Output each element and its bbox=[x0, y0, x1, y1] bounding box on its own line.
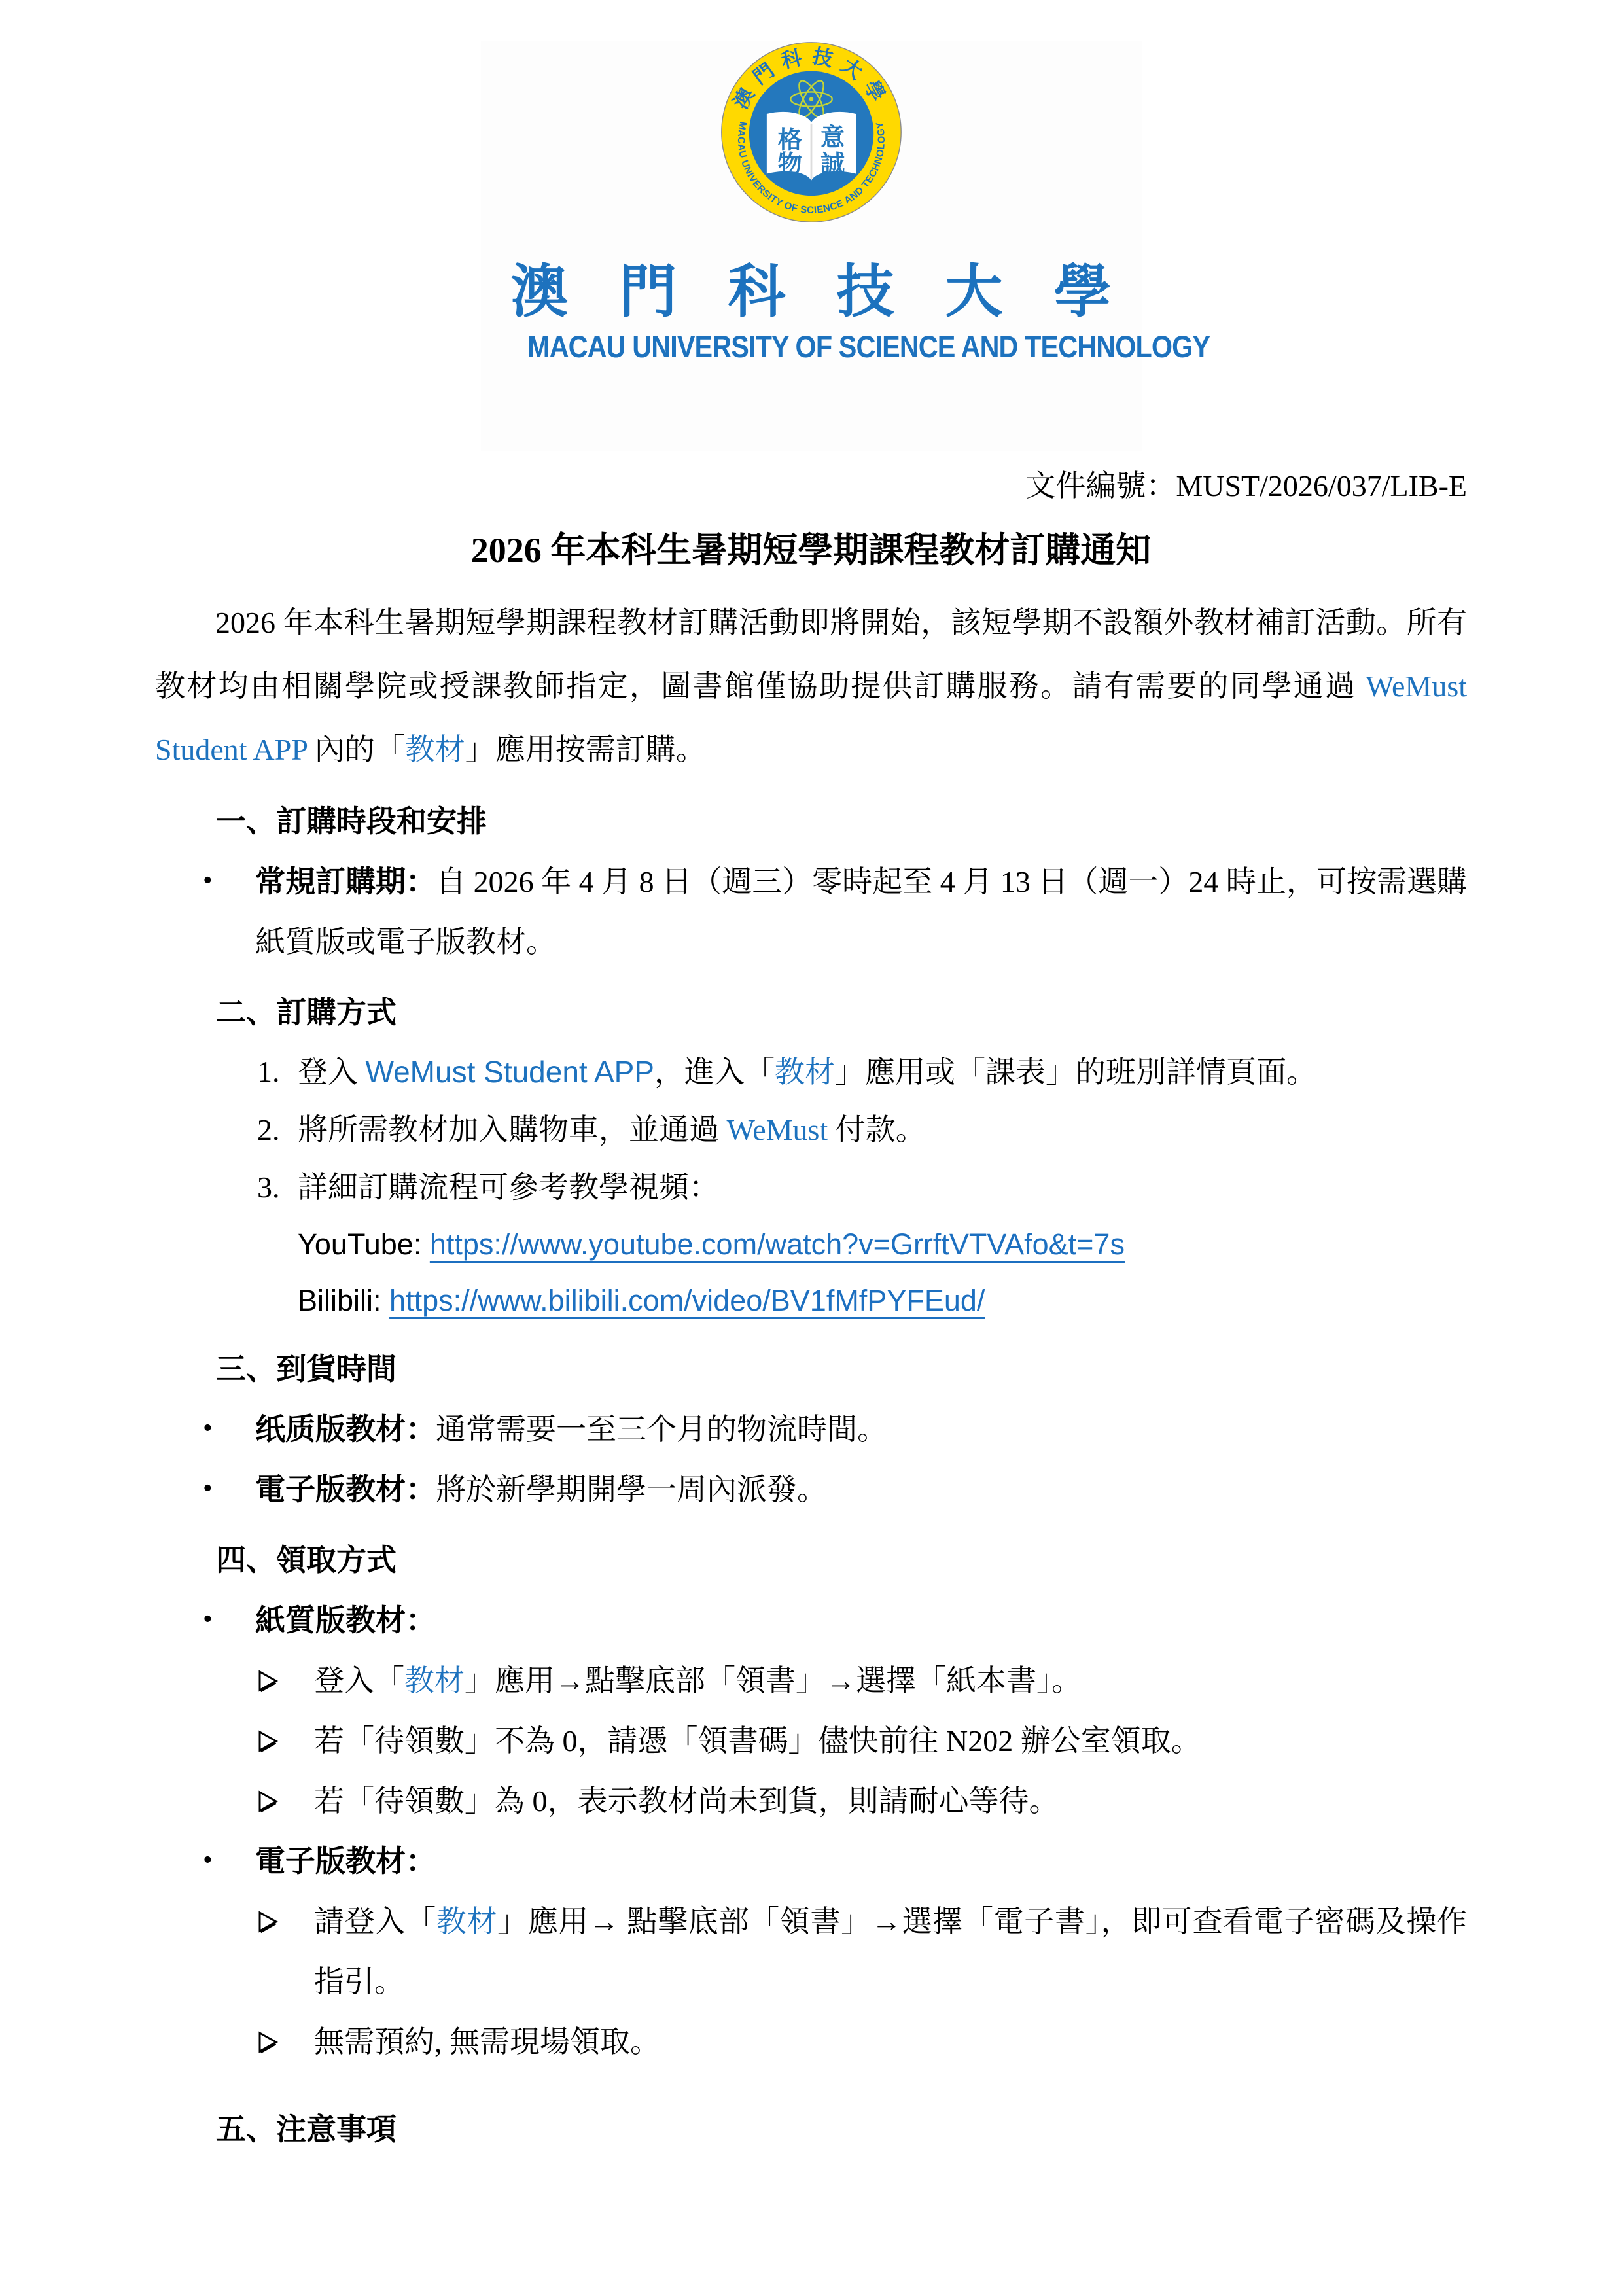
section-1-heading: 一、訂購時段和安排 bbox=[155, 792, 1467, 852]
text-run: 若「待領數」不為 0，請憑「領書碼」儘快前往 N202 辦公室領取。 bbox=[314, 1724, 1201, 1757]
section-5-heading: 五、注意事項 bbox=[155, 2100, 1467, 2160]
arrow-bullet-icon bbox=[257, 1909, 279, 1935]
paper-pickup-step-1-text: 登入「教材」應用→點擊底部「領書」→選擇「紙本書」。 bbox=[314, 1664, 1082, 1697]
regular-order-period-item: •常規訂購期：自 2026 年 4 月 8 日（週三）零時起至 4 月 13 日… bbox=[155, 852, 1467, 972]
text-run: 無需預約, 無需現場領取。 bbox=[314, 2025, 660, 2058]
bullet-icon: • bbox=[203, 1589, 213, 1650]
arrow-bullet-icon bbox=[257, 1788, 279, 1814]
bilibili-link[interactable]: https://www.bilibili.com/video/BV1fMfPYF… bbox=[389, 1284, 985, 1317]
text-run: WeMust bbox=[727, 1113, 828, 1146]
paper-pickup-step-3-text: 若「待領數」為 0，表示教材尚未到貨，則請耐心等待。 bbox=[314, 1784, 1059, 1818]
arrow-bullet-icon bbox=[257, 1668, 279, 1694]
seal-book-char: 物 bbox=[777, 151, 802, 179]
paper-pickup-step-2: 若「待領數」不為 0，請憑「領書碼」儘快前往 N202 辦公室領取。 bbox=[155, 1711, 1467, 1771]
arrow-bullet-icon bbox=[257, 1728, 279, 1754]
text-run: 詳細訂購流程可參考教學視頻： bbox=[298, 1171, 719, 1204]
order-step-2: 2.將所需教材加入購物車，並通過 WeMust 付款。 bbox=[155, 1101, 1467, 1159]
university-name-chinese: 澳 門 科 技 大 學 bbox=[481, 246, 1142, 328]
ebook-arrival-item: •電子版教材：將於新學期開學一周內派發。 bbox=[155, 1460, 1467, 1520]
section-2-heading: 二、訂購方式 bbox=[155, 983, 1467, 1043]
text-run: 」應用→點擊底部「領書」→選擇「紙本書」。 bbox=[465, 1664, 1082, 1697]
text-run: 教材 bbox=[436, 1905, 497, 1938]
order-step-3: 3.詳細訂購流程可參考教學視頻： bbox=[155, 1159, 1467, 1216]
order-step-2-text: 將所需教材加入購物車，並通過 WeMust 付款。 bbox=[298, 1113, 926, 1146]
text-run: 將於新學期開學一周內派發。 bbox=[436, 1473, 827, 1506]
list-number: 3. bbox=[257, 1159, 280, 1216]
bullet-icon: • bbox=[203, 1830, 213, 1890]
text-run: 一、訂購時段和安排 bbox=[216, 805, 487, 838]
ebook-pickup-step-2: 無需預約, 無需現場領取。 bbox=[155, 2012, 1467, 2072]
bilibili-link-line: Bilibili: https://www.bilibili.com/video… bbox=[155, 1273, 1467, 1329]
text-run: 常規訂購期： bbox=[255, 865, 436, 898]
arrow-bullet-icon bbox=[257, 2029, 279, 2055]
text-run: 登入「 bbox=[314, 1664, 404, 1697]
text-run: 自 2026 年 4 月 8 日（週三）零時起至 4 月 13 日（週一）24 … bbox=[255, 865, 1467, 959]
order-step-1-text: 登入 WeMust Student APP，進入「教材」應用或「課表」的班別詳情… bbox=[298, 1055, 1316, 1089]
text-run: 教材 bbox=[775, 1055, 835, 1089]
text-run: 四、領取方式 bbox=[216, 1544, 397, 1577]
text-run: 登入 bbox=[298, 1055, 366, 1089]
paper-pickup-step-3: 若「待領數」為 0，表示教材尚未到貨，則請耐心等待。 bbox=[155, 1771, 1467, 1831]
seal-book-char: 格 bbox=[777, 126, 802, 154]
bullet-icon: • bbox=[203, 851, 213, 911]
text-run: 三、到貨時間 bbox=[216, 1352, 397, 1386]
document-title: 2026 年本科生暑期短學期課程教材訂購通知 bbox=[0, 522, 1622, 573]
paper-pickup-item-text: 紙質版教材： bbox=[255, 1604, 436, 1637]
bullet-icon: • bbox=[203, 1458, 213, 1519]
ebook-arrival-item-text: 電子版教材：將於新學期開學一周內派發。 bbox=[255, 1473, 827, 1506]
section-1-heading-text: 一、訂購時段和安排 bbox=[216, 805, 487, 838]
regular-order-period-item-text: 常規訂購期：自 2026 年 4 月 8 日（週三）零時起至 4 月 13 日（… bbox=[255, 865, 1467, 959]
text-run: 內的「 bbox=[307, 733, 405, 766]
intro-paragraph-text: 2026 年本科生暑期短學期課程教材訂購活動即將開始，該短學期不設額外教材補訂活… bbox=[155, 606, 1467, 766]
intro-paragraph: 2026 年本科生暑期短學期課程教材訂購活動即將開始，該短學期不設額外教材補訂活… bbox=[155, 591, 1467, 781]
text-run: 教材 bbox=[404, 1664, 465, 1697]
youtube-link-line: YouTube: https://www.youtube.com/watch?v… bbox=[155, 1216, 1467, 1273]
text-run: ，進入「 bbox=[654, 1055, 775, 1089]
section-3-heading-text: 三、到貨時間 bbox=[216, 1352, 397, 1386]
paper-pickup-item: •紙質版教材： bbox=[155, 1591, 1467, 1651]
seal-book-char: 意 bbox=[820, 124, 845, 152]
university-seal: 澳門科技大學 MACAU UNIVERSITY OF SCIENCE AND T… bbox=[720, 41, 903, 224]
text-run: 」應用或「課表」的班別詳情頁面。 bbox=[835, 1055, 1316, 1089]
section-4-heading: 四、領取方式 bbox=[155, 1530, 1467, 1591]
text-run: 紙質版教材： bbox=[255, 1604, 436, 1637]
list-number: 2. bbox=[257, 1101, 280, 1159]
list-number: 1. bbox=[257, 1043, 280, 1101]
seal-book-char: 誠 bbox=[820, 151, 845, 179]
document-body: 2026 年本科生暑期短學期課程教材訂購活動即將開始，該短學期不設額外教材補訂活… bbox=[0, 573, 1622, 2160]
text-run: WeMust Student APP bbox=[366, 1055, 655, 1089]
text-run: 二、訂購方式 bbox=[216, 996, 397, 1029]
bullet-icon: • bbox=[203, 1398, 213, 1458]
paper-arrival-item: •纸质版教材：通常需要一至三个月的物流時間。 bbox=[155, 1400, 1467, 1460]
university-name-english-wrap: MACAU UNIVERSITY OF SCIENCE AND TECHNOLO… bbox=[481, 328, 1142, 364]
youtube-link-line-text: YouTube: https://www.youtube.com/watch?v… bbox=[298, 1227, 1125, 1261]
text-run: 五、注意事項 bbox=[216, 2113, 397, 2146]
ebook-pickup-step-1-text: 請登入「教材」應用→ 點擊底部「領書」→選擇「電子書」，即可查看電子密碼及操作指… bbox=[314, 1905, 1467, 1998]
ebook-pickup-item-text: 電子版教材： bbox=[255, 1845, 436, 1878]
section-2-heading-text: 二、訂購方式 bbox=[216, 996, 397, 1029]
ebook-pickup-step-1: 請登入「教材」應用→ 點擊底部「領書」→選擇「電子書」，即可查看電子密碼及操作指… bbox=[155, 1892, 1467, 2012]
text-run: 通常需要一至三个月的物流時間。 bbox=[436, 1413, 887, 1446]
paper-arrival-item-text: 纸质版教材：通常需要一至三个月的物流時間。 bbox=[255, 1413, 887, 1446]
text-run: 將所需教材加入購物車，並通過 bbox=[298, 1113, 727, 1146]
text-run: 纸质版教材： bbox=[255, 1413, 436, 1446]
paper-pickup-step-2-text: 若「待領數」不為 0，請憑「領書碼」儘快前往 N202 辦公室領取。 bbox=[314, 1724, 1201, 1757]
order-step-1: 1.登入 WeMust Student APP，進入「教材」應用或「課表」的班別… bbox=[155, 1043, 1467, 1101]
text-run: 若「待領數」為 0，表示教材尚未到貨，則請耐心等待。 bbox=[314, 1784, 1059, 1818]
text-run: 2026 年本科生暑期短學期課程教材訂購活動即將開始，該短學期不設額外教材補訂活… bbox=[155, 606, 1467, 703]
youtube-link[interactable]: https://www.youtube.com/watch?v=GrrftVTV… bbox=[430, 1227, 1125, 1261]
section-4-heading-text: 四、領取方式 bbox=[216, 1544, 397, 1577]
text-run: YouTube: bbox=[298, 1227, 430, 1261]
order-step-3-text: 詳細訂購流程可參考教學視頻： bbox=[298, 1171, 719, 1204]
document-number: 文件編號：MUST/2026/037/LIB-E bbox=[0, 462, 1622, 505]
university-header: 澳門科技大學 MACAU UNIVERSITY OF SCIENCE AND T… bbox=[481, 41, 1142, 451]
text-run: 教材 bbox=[405, 733, 465, 766]
section-5-heading-text: 五、注意事項 bbox=[216, 2113, 397, 2146]
text-run: Bilibili: bbox=[298, 1284, 389, 1317]
ebook-pickup-item: •電子版教材： bbox=[155, 1831, 1467, 1892]
text-run: 請登入「 bbox=[314, 1905, 436, 1938]
text-run: 電子版教材： bbox=[255, 1473, 436, 1506]
ebook-pickup-step-2-text: 無需預約, 無需現場領取。 bbox=[314, 2025, 660, 2058]
bilibili-link-line-text: Bilibili: https://www.bilibili.com/video… bbox=[298, 1284, 985, 1317]
text-run: 電子版教材： bbox=[255, 1845, 436, 1878]
section-3-heading: 三、到貨時間 bbox=[155, 1339, 1467, 1400]
text-run: 」應用按需訂購。 bbox=[465, 733, 706, 766]
document-page: 澳門科技大學 MACAU UNIVERSITY OF SCIENCE AND T… bbox=[0, 0, 1622, 2296]
paper-pickup-step-1: 登入「教材」應用→點擊底部「領書」→選擇「紙本書」。 bbox=[155, 1651, 1467, 1711]
university-name-english: MACAU UNIVERSITY OF SCIENCE AND TECHNOLO… bbox=[527, 328, 1210, 364]
text-run: 付款。 bbox=[828, 1113, 926, 1146]
